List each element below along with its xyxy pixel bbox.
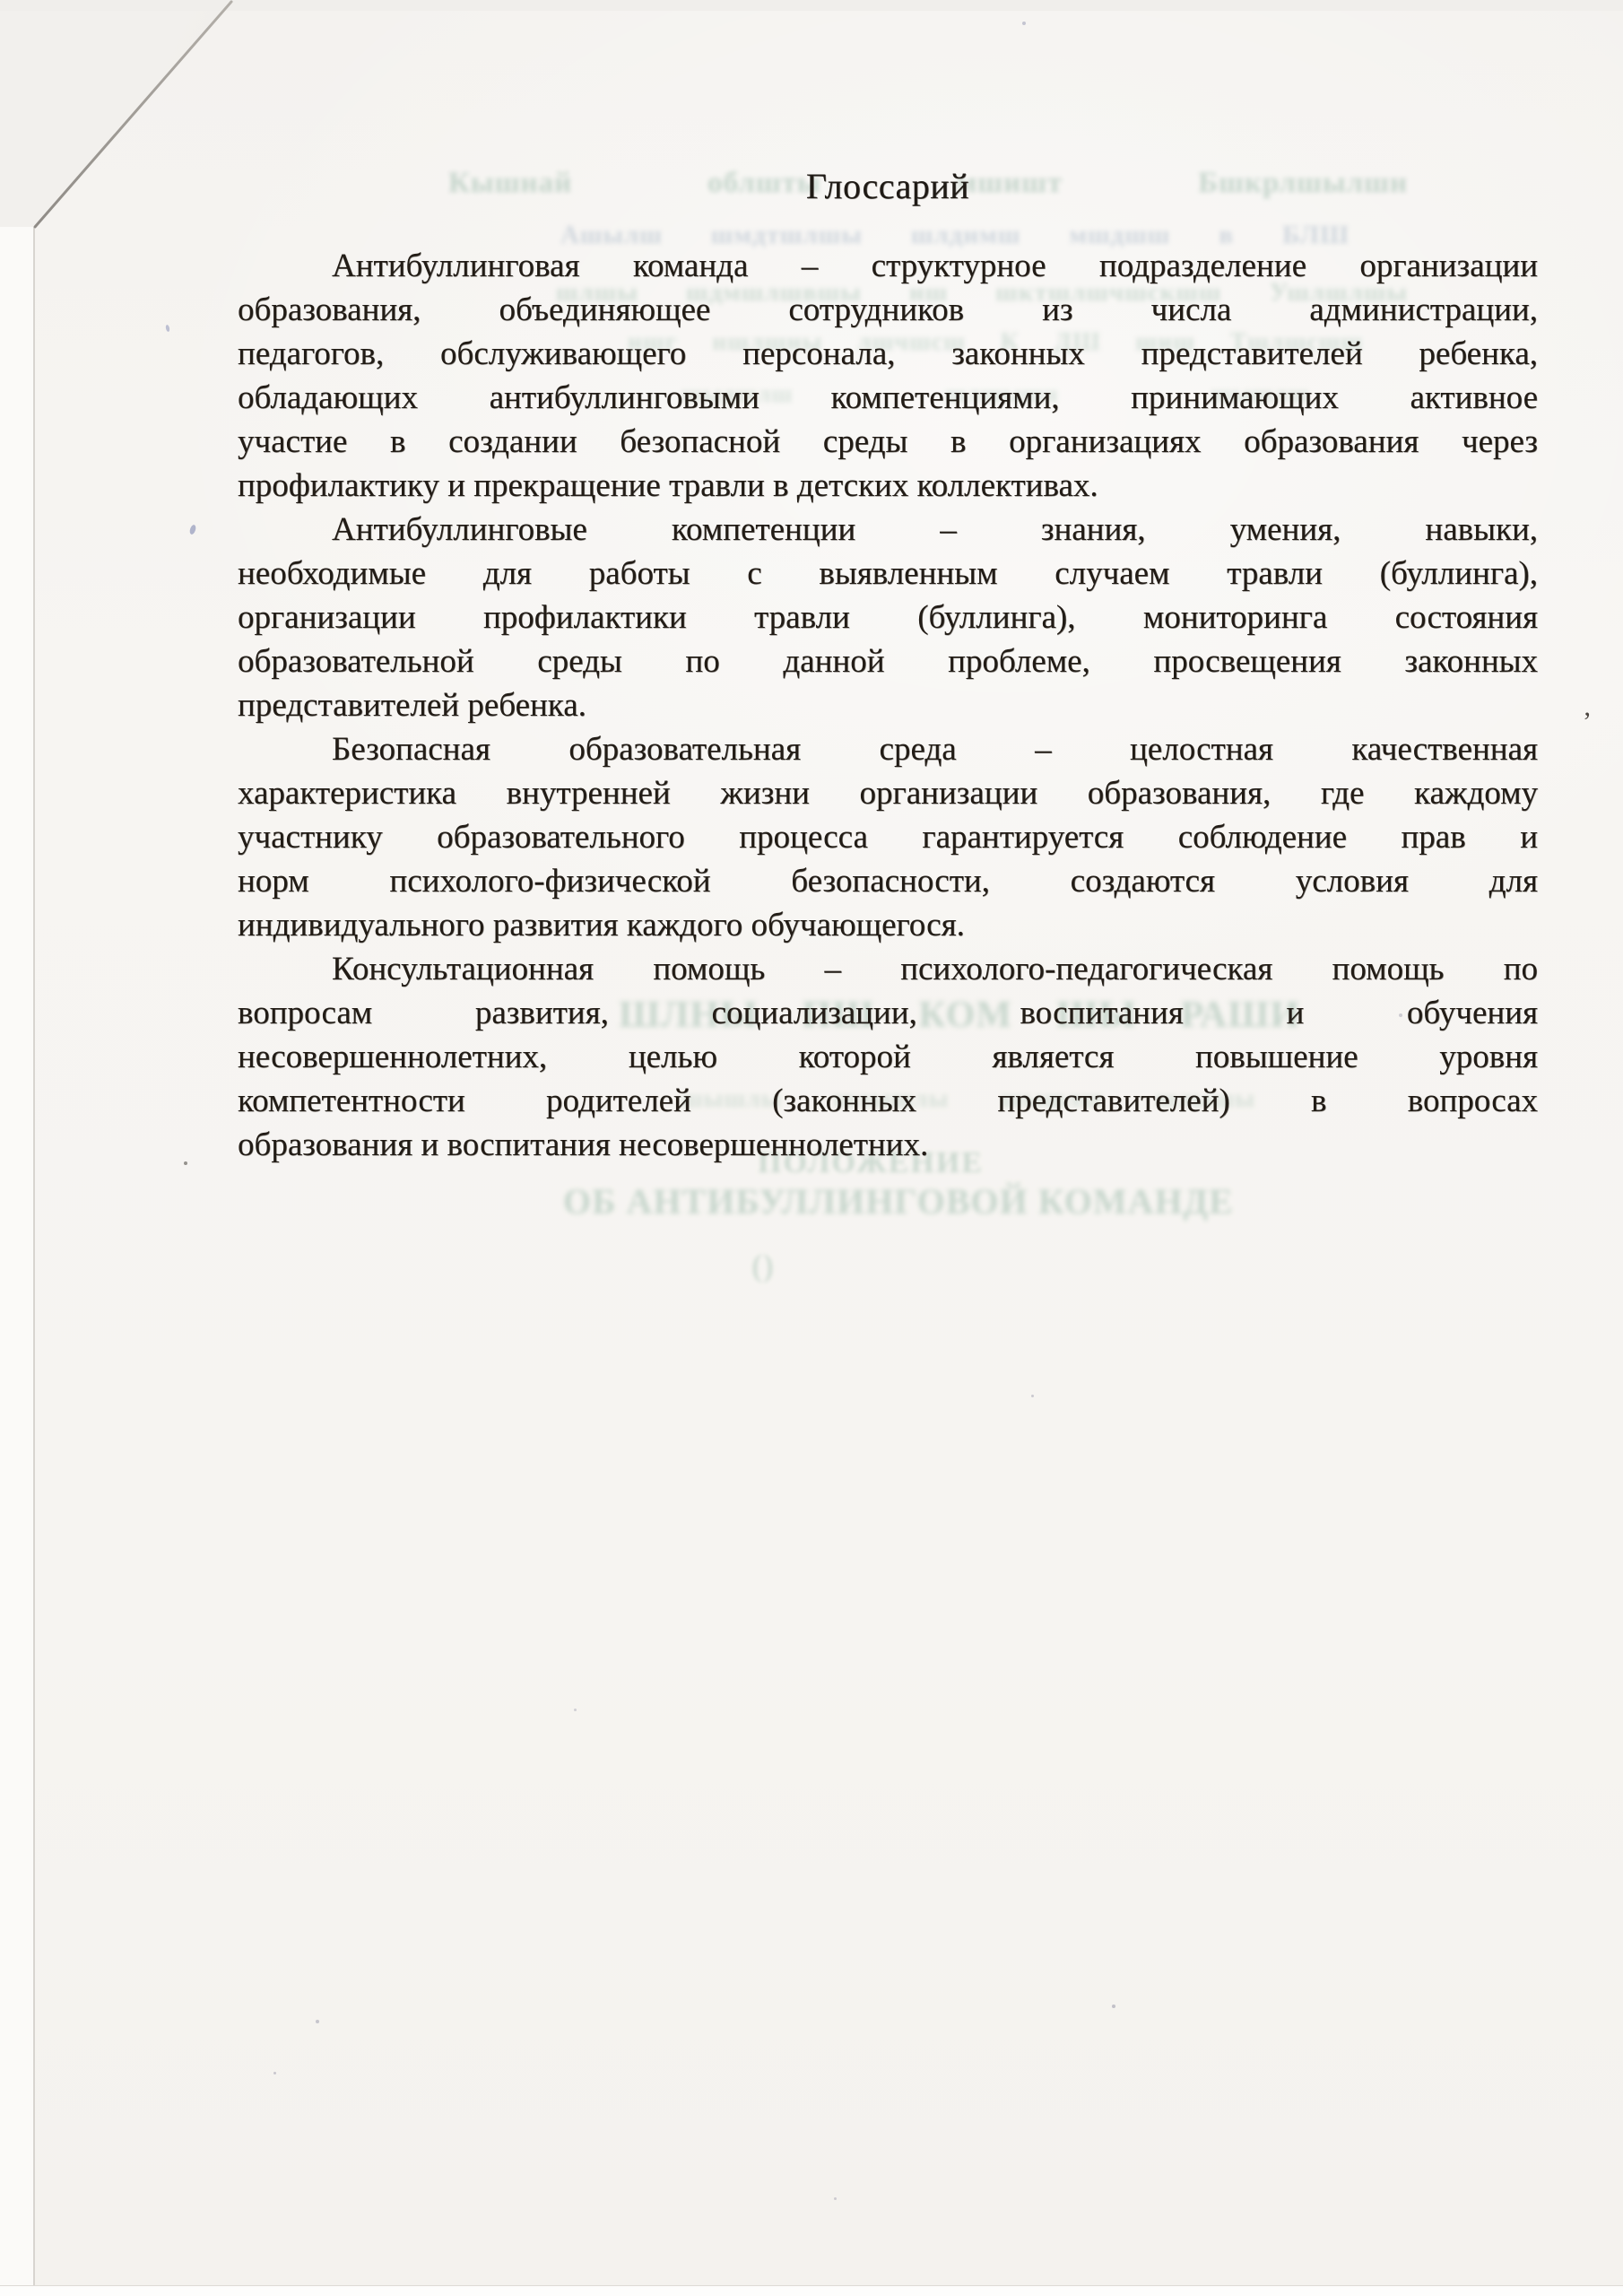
text-line: участнику образовательного процесса гара… — [238, 815, 1538, 859]
page-left-edge — [33, 227, 35, 2286]
text-line: необходимые для работы с выявленным случ… — [238, 552, 1538, 596]
document-body: Антибуллинговая команда – структурное по… — [238, 244, 1538, 1167]
document-title: Глоссарий — [238, 165, 1538, 208]
text-line: профилактику и прекращение травли в детс… — [238, 464, 1538, 508]
text-line: образования, объединяющее сотрудников из… — [238, 288, 1538, 332]
dust-speck — [574, 1709, 577, 1711]
pen-mark: ’ — [1583, 709, 1592, 735]
dust-speck — [1022, 22, 1026, 25]
text-line: компетентности родителей (законных предс… — [238, 1079, 1538, 1123]
dust-speck — [834, 2197, 837, 2200]
scan-bottom-edge — [0, 2285, 1623, 2296]
bleedthrough-line-ob-antibullingovoy-komande: ОБ АНТИБУЛЛИНГОВОЙ КОМАНДЕ — [563, 1180, 1218, 1222]
ink-speck — [165, 325, 170, 333]
text-line: вопросам развития, социализации, воспита… — [238, 991, 1538, 1035]
text-line: Безопасная образовательная среда – целос… — [238, 727, 1538, 771]
page-corner-fold — [0, 0, 233, 229]
dust-speck — [273, 2072, 276, 2074]
text-line: несовершеннолетних, целью которой являет… — [238, 1035, 1538, 1079]
dust-speck — [1031, 1395, 1034, 1397]
scanned-page: Кышнай облшты мшишт Бшкрлшылшн Ашылш шмд… — [0, 0, 1623, 2296]
text-line: образовательной среды по данной проблеме… — [238, 639, 1538, 683]
text-line: участие в создании безопасной среды в ор… — [238, 420, 1538, 464]
text-line: представителей ребенка. — [238, 683, 1538, 727]
text-line: индивидуального развития каждого обучающ… — [238, 903, 1538, 947]
bleedthrough-mark: () — [751, 1247, 775, 1284]
text-line: педагогов, обслуживающего персонала, зак… — [238, 332, 1538, 376]
text-line: характеристика внутренней жизни организа… — [238, 771, 1538, 815]
text-line: Антибуллинговые компетенции – знания, ум… — [238, 508, 1538, 552]
dust-speck — [1112, 2005, 1115, 2008]
ink-speck — [188, 524, 196, 535]
text-line: норм психолого-физической безопасности, … — [238, 859, 1538, 903]
scan-top-edge — [0, 0, 1623, 11]
dust-speck — [316, 2020, 319, 2023]
text-line: Антибуллинговая команда – структурное по… — [238, 244, 1538, 288]
dust-speck — [1399, 1013, 1402, 1017]
ink-speck — [184, 1161, 187, 1165]
text-line: образования и воспитания несовершеннолет… — [238, 1123, 1538, 1167]
scan-left-margin — [0, 227, 33, 2286]
text-line: обладающих антибуллинговыми компетенциям… — [238, 376, 1538, 420]
text-line: организации профилактики травли (буллинг… — [238, 596, 1538, 639]
text-line: Консультационная помощь – психолого-педа… — [238, 947, 1538, 991]
